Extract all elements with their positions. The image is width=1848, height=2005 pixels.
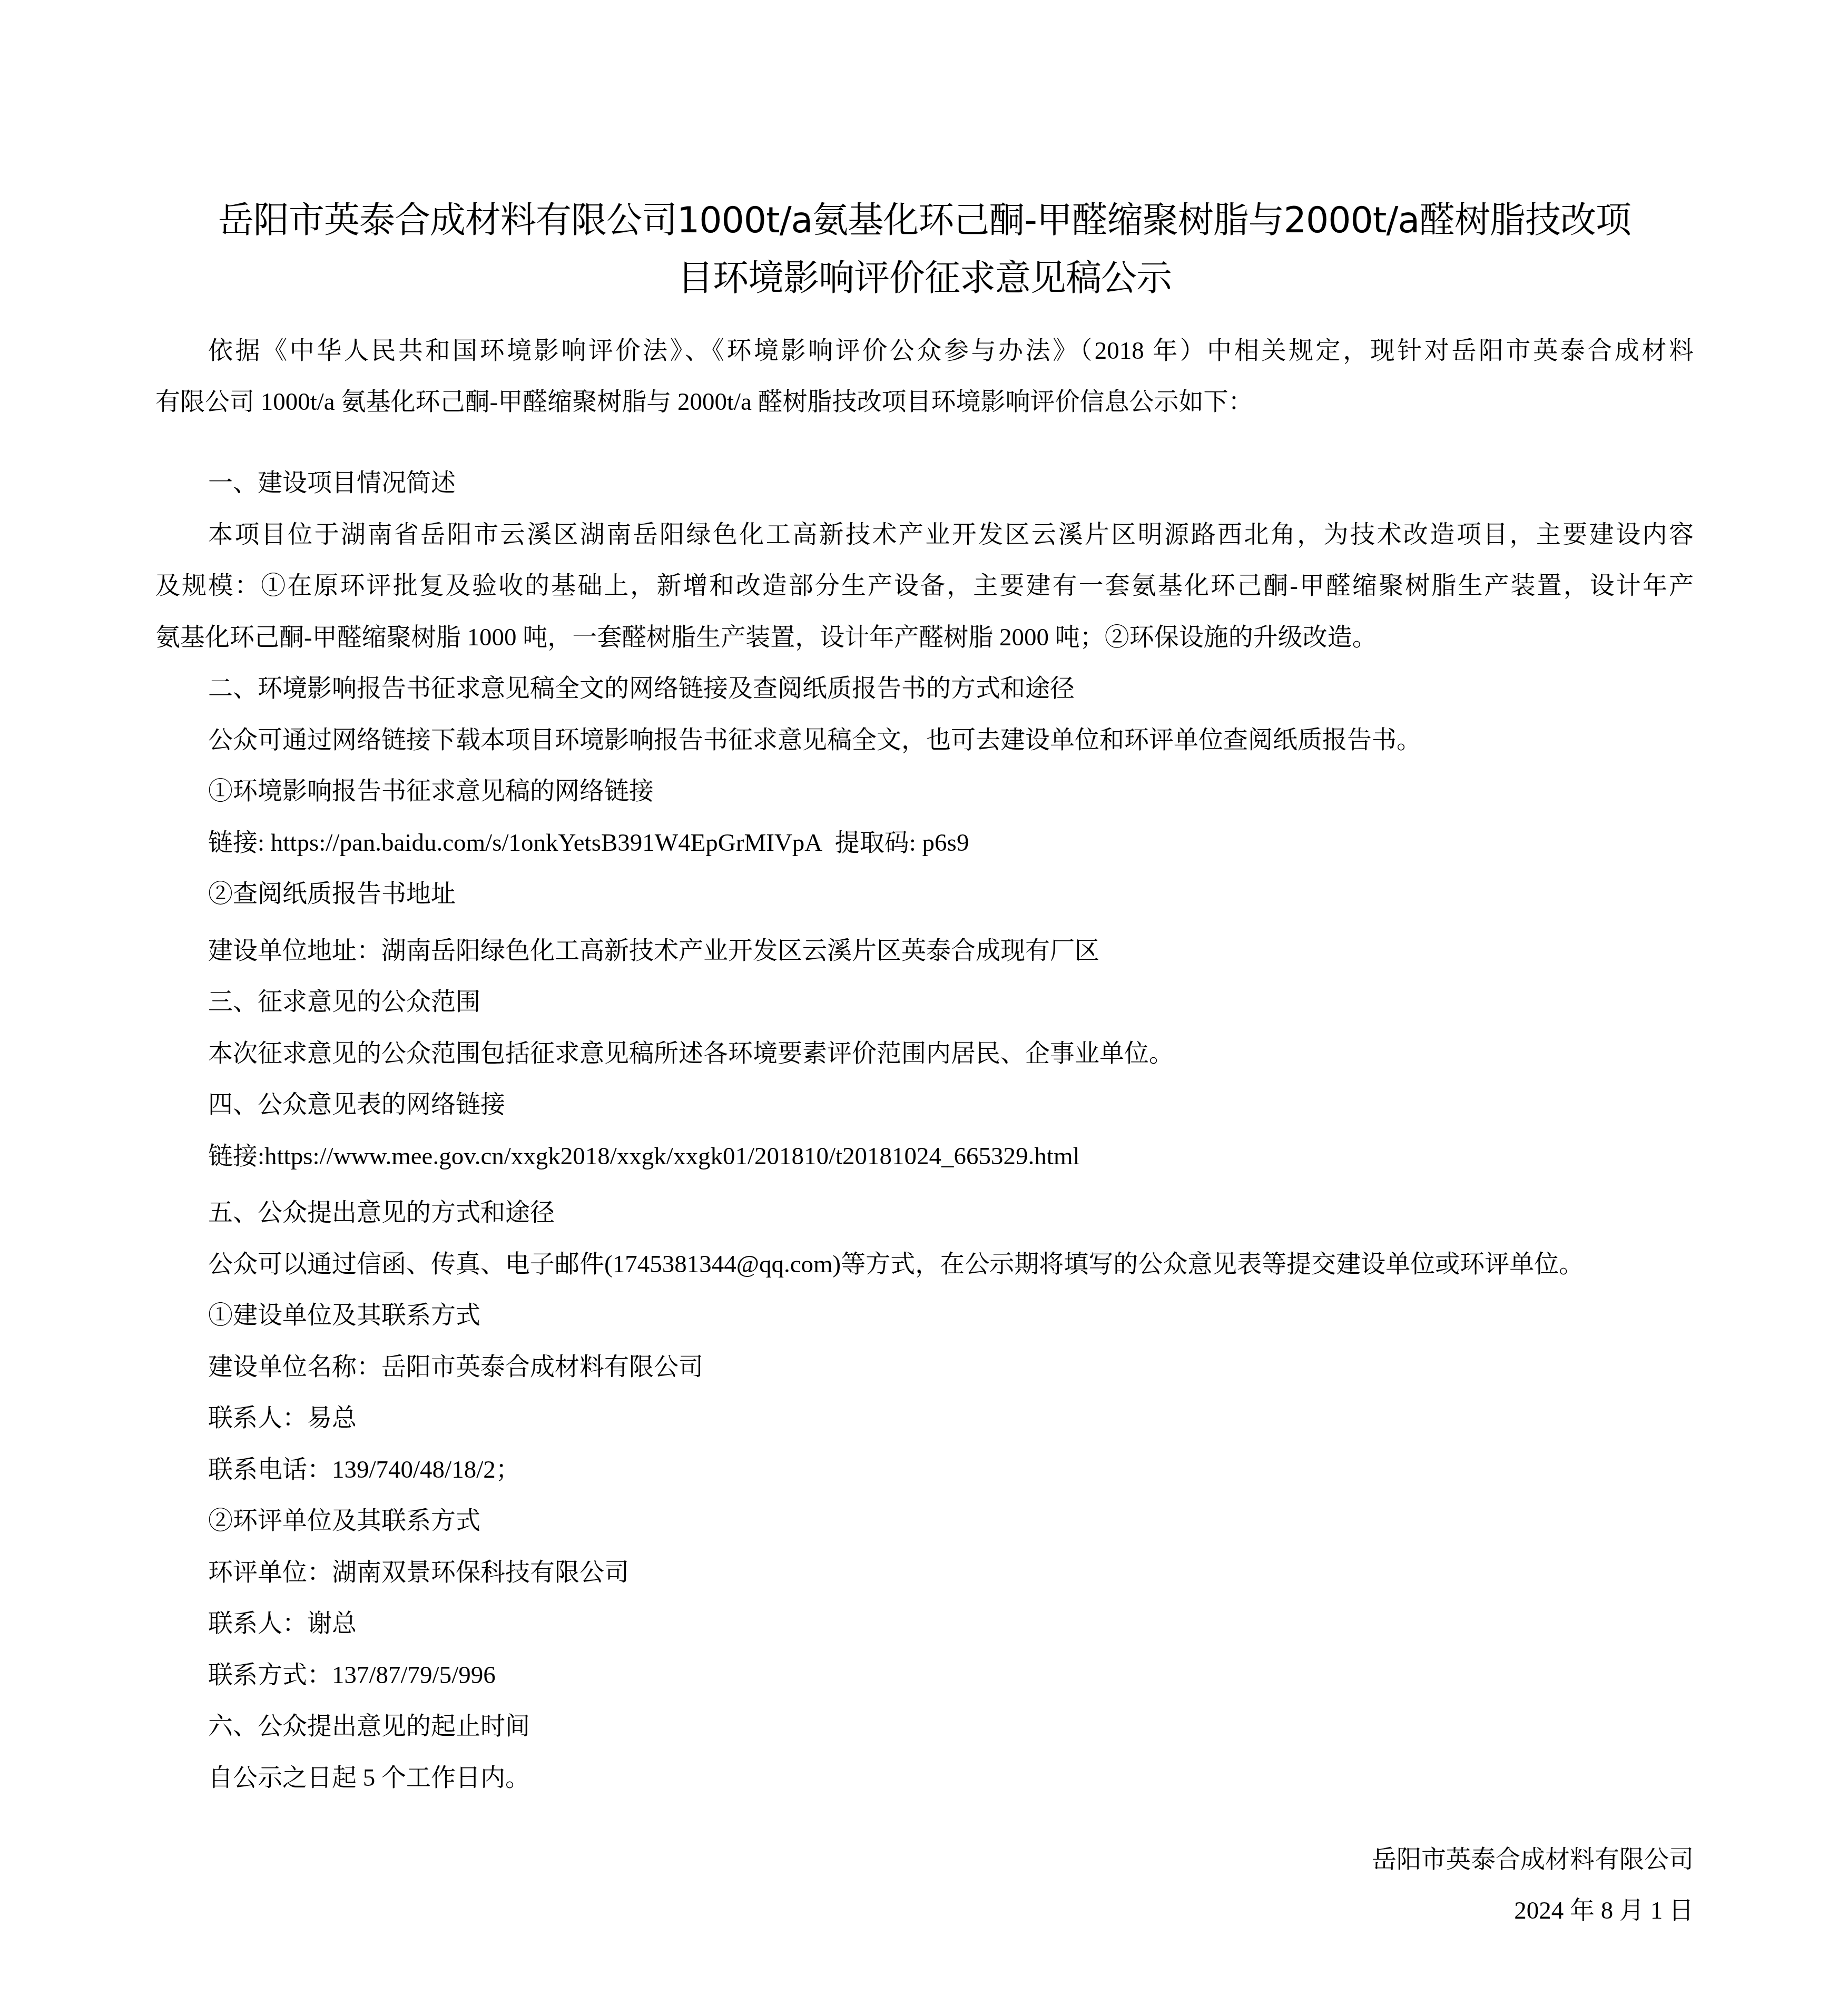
opinion-form-link[interactable]: https://www.mee.gov.cn/xxgk2018/xxgk/xxg… [264, 1143, 1079, 1170]
section3-heading: 三、征求意见的公众范围 [208, 986, 480, 1018]
builder-contact: 联系人：易总 [208, 1402, 357, 1434]
document-title: 岳阳市英泰合成材料有限公司1000t/a氨基化环己酮-甲醛缩聚树脂与2000t/… [155, 192, 1694, 308]
intro-line-2: 有限公司 1000t/a 氨基化环己酮-甲醛缩聚树脂与 2000t/a 醛树脂技… [155, 386, 1253, 418]
section2-sub1-heading: ①环境影响报告书征求意见稿的网络链接 [208, 775, 654, 807]
signature-date: 2024 年 8 月 1 日 [1514, 1895, 1694, 1927]
section1-heading: 一、建设项目情况简述 [208, 467, 456, 499]
section5-sub2-heading: ②环评单位及其联系方式 [208, 1505, 480, 1537]
title-line-1: 岳阳市英泰合成材料有限公司1000t/a氨基化环己酮-甲醛缩聚树脂与2000t/… [155, 192, 1694, 250]
section1-body-line-2: 及规模：①在原环评批复及验收的基础上，新增和改造部分生产设备，主要建有一套氨基化… [155, 570, 1694, 602]
section5-sub1-heading: ①建设单位及其联系方式 [208, 1300, 480, 1331]
opinion-form-link-line: 链接:https://www.mee.gov.cn/xxgk2018/xxgk/… [208, 1141, 1080, 1172]
eia-unit: 环评单位：湖南双景环保科技有限公司 [208, 1557, 629, 1588]
signature-company: 岳阳市英泰合成材料有限公司 [1372, 1844, 1694, 1875]
report-download-link[interactable]: https://pan.baidu.com/s/1onkYetsB391W4Ep… [271, 829, 822, 857]
intro-line-1: 依据《中华人民共和国环境影响评价法》、《环境影响评价公众参与办法》（2018 年… [208, 335, 1694, 367]
section1-body-line-1: 本项目位于湖南省岳阳市云溪区湖南岳阳绿色化工高新技术产业开发区云溪片区明源路西北… [208, 519, 1694, 551]
report-link-label: 链接: [208, 829, 271, 857]
section2-sub2-heading: ②查阅纸质报告书地址 [208, 878, 456, 910]
section4-heading: 四、公众意见表的网络链接 [208, 1089, 505, 1121]
section2-body: 公众可通过网络链接下载本项目环境影响报告书征求意见稿全文，也可去建设单位和环评单… [208, 724, 1421, 756]
section6-heading: 六、公众提出意见的起止时间 [208, 1711, 530, 1742]
section5-body: 公众可以通过信函、传真、电子邮件(1745381344@qq.com)等方式，在… [208, 1249, 1584, 1280]
section6-body: 自公示之日起 5 个工作日内。 [208, 1762, 530, 1794]
eia-phone: 联系方式：137/87/79/5/996 [208, 1659, 496, 1691]
section1-body-line-3: 氨基化环己酮-甲醛缩聚树脂 1000 吨，一套醛树脂生产装置，设计年产醛树脂 2… [155, 622, 1377, 653]
section5-heading: 五、公众提出意见的方式和途径 [208, 1197, 555, 1228]
extraction-code-value: p6s9 [922, 829, 969, 857]
builder-address: 建设单位地址：湖南岳阳绿色化工高新技术产业开发区云溪片区英泰合成现有厂区 [208, 935, 1099, 967]
report-link-line: 链接: https://pan.baidu.com/s/1onkYetsB391… [208, 827, 969, 859]
opinion-form-link-label: 链接: [208, 1143, 264, 1170]
section2-heading: 二、环境影响报告书征求意见稿全文的网络链接及查阅纸质报告书的方式和途径 [208, 673, 1075, 704]
section3-body: 本次征求意见的公众范围包括征求意见稿所述各环境要素评价范围内居民、企事业单位。 [208, 1038, 1174, 1069]
title-line-2: 目环境影响评价征求意见稿公示 [155, 250, 1694, 308]
extraction-code-label: 提取码: [835, 829, 922, 857]
builder-phone: 联系电话：139/740/48/18/2； [208, 1454, 520, 1486]
eia-contact: 联系人：谢总 [208, 1608, 357, 1639]
builder-name: 建设单位名称：岳阳市英泰合成材料有限公司 [208, 1351, 703, 1383]
